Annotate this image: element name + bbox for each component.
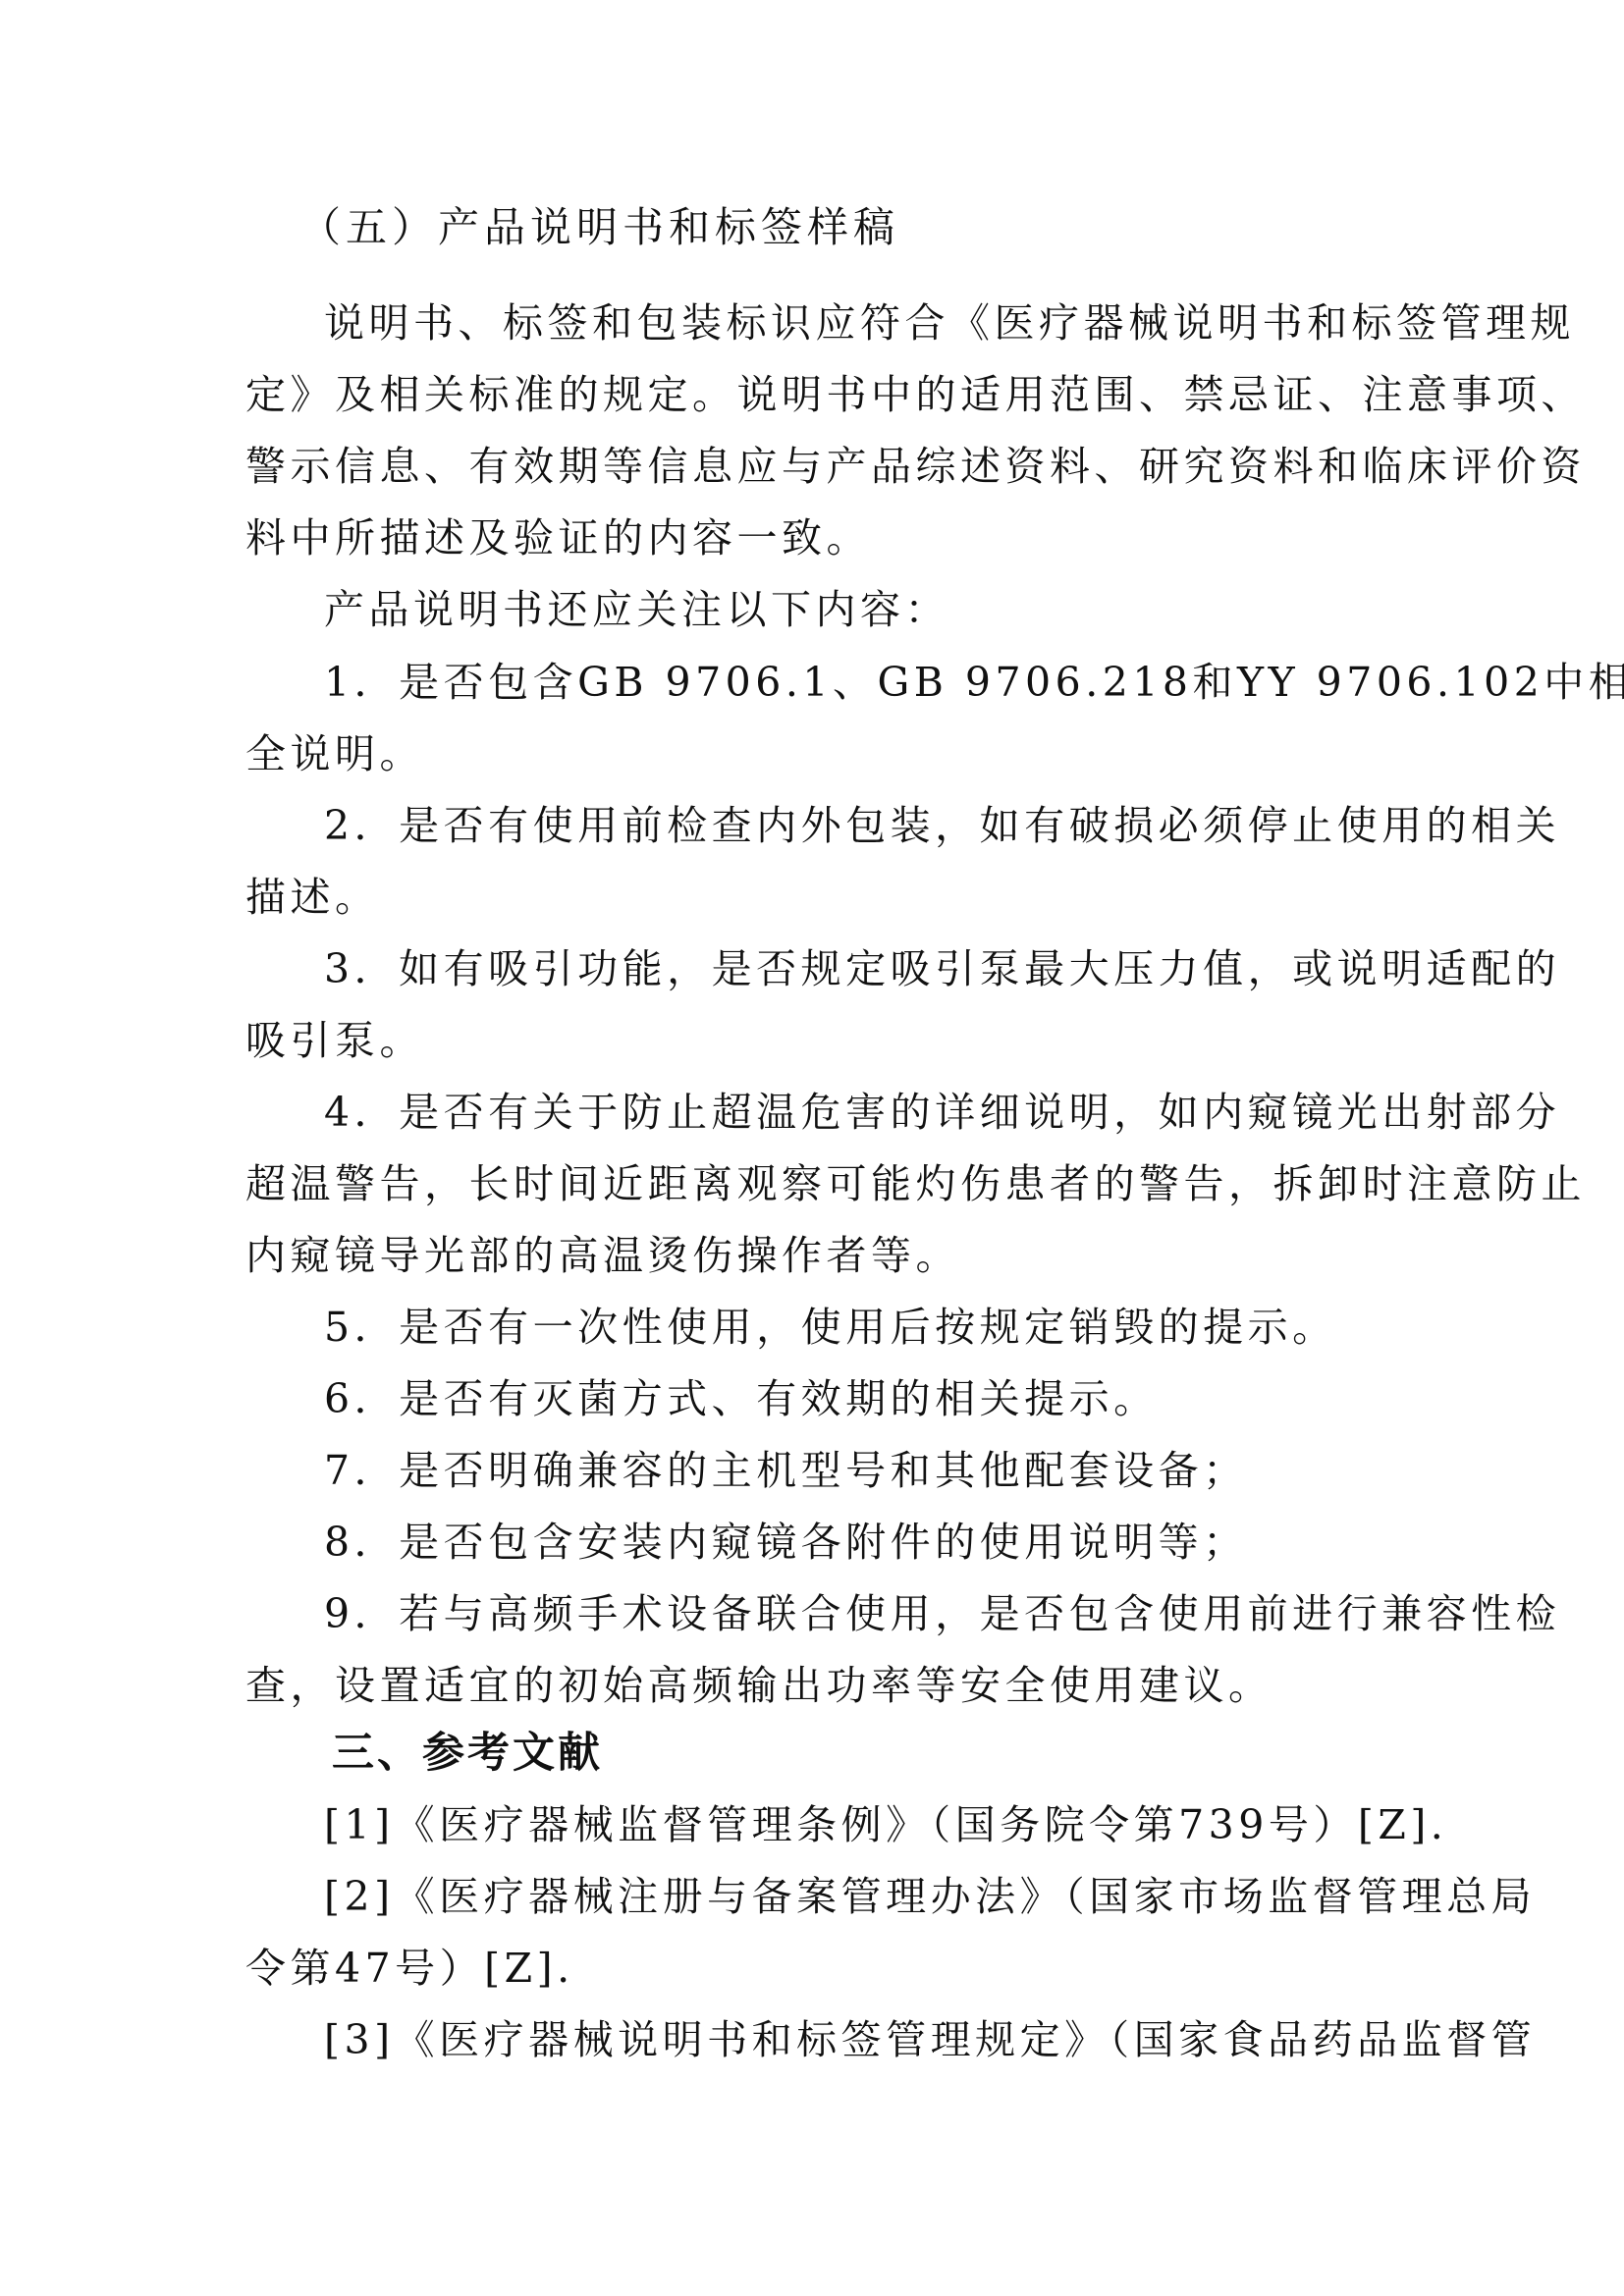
list-item-1-line: 1．是否包含GB 9706.1、GB 9706.218和YY 9706.102中…	[324, 657, 1377, 708]
intro-paragraph-line: 定》及相关标准的规定。说明书中的适用范围、禁忌证、注意事项、	[245, 369, 1377, 420]
list-item-6-line: 6．是否有灭菌方式、有效期的相关提示。	[324, 1373, 1377, 1424]
list-item-2-line: 描述。	[245, 872, 1377, 923]
list-item-4-line: 内窥镜导光部的高温烫伤操作者等。	[245, 1230, 1377, 1281]
intro-paragraph-line: 说明书、标签和包装标识应符合《医疗器械说明书和标签管理规	[324, 297, 1377, 348]
list-item-3-line: 吸引泵。	[245, 1015, 1377, 1066]
list-item-3-line: 3．如有吸引功能，是否规定吸引泵最大压力值，或说明适配的	[324, 943, 1377, 994]
reference-2-line: 令第47号）[Z].	[245, 1943, 1377, 1994]
reference-3-line: [3]《医疗器械说明书和标签管理规定》（国家食品药品监督管	[324, 2014, 1377, 2065]
intro-paragraph-line: 料中所描述及验证的内容一致。	[245, 512, 1377, 563]
list-item-4-line: 4．是否有关于防止超温危害的详细说明，如内窥镜光出射部分	[324, 1087, 1377, 1138]
list-item-7-line: 7．是否明确兼容的主机型号和其他配套设备；	[324, 1445, 1377, 1496]
intro-paragraph-line: 警示信息、有效期等信息应与产品综述资料、研究资料和临床评价资	[245, 441, 1377, 492]
list-item-5-line: 5．是否有一次性使用，使用后按规定销毁的提示。	[324, 1302, 1377, 1353]
document-page: （五）产品说明书和标签样稿 说明书、标签和包装标识应符合《医疗器械说明书和标签管…	[0, 0, 1624, 2296]
list-intro: 产品说明书还应关注以下内容：	[324, 584, 1377, 635]
list-item-4-line: 超温警告，长时间近距离观察可能灼伤患者的警告，拆卸时注意防止	[245, 1158, 1377, 1209]
list-item-2-line: 2．是否有使用前检查内外包装，如有破损必须停止使用的相关	[324, 800, 1377, 851]
section-heading: 三、参考文献	[332, 1726, 603, 1781]
list-item-8-line: 8．是否包含安装内窥镜各附件的使用说明等；	[324, 1517, 1377, 1568]
subsection-heading: （五）产品说明书和标签样稿	[299, 200, 899, 255]
list-item-9-line: 9．若与高频手术设备联合使用，是否包含使用前进行兼容性检	[324, 1588, 1377, 1639]
reference-1-line: [1]《医疗器械监督管理条例》（国务院令第739号）[Z].	[324, 1799, 1377, 1850]
list-item-1-line: 全说明。	[245, 728, 1377, 779]
list-item-9-line: 查，设置适宜的初始高频输出功率等安全使用建议。	[245, 1660, 1377, 1711]
reference-2-line: [2]《医疗器械注册与备案管理办法》（国家市场监督管理总局	[324, 1871, 1377, 1922]
